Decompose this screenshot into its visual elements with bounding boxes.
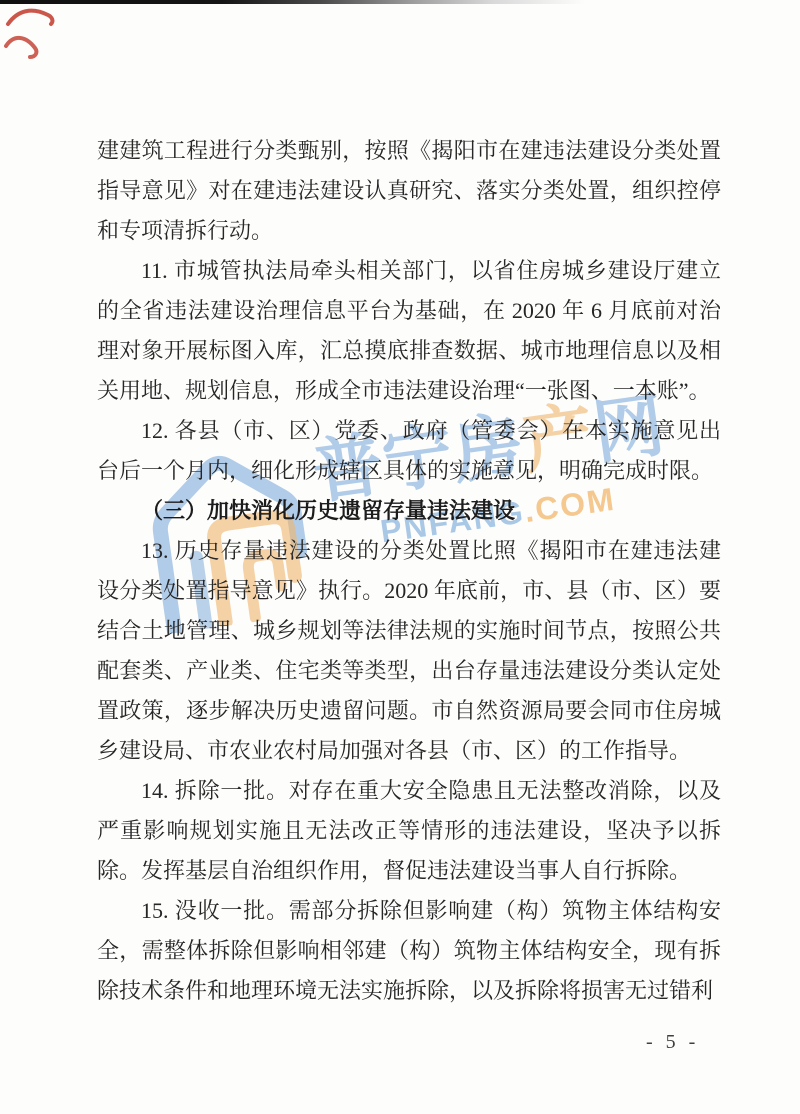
document-body: 建建筑工程进行分类甄别，按照《揭阳市在建违法建设分类处置指导意见》对在建违法建设… [97,131,721,1011]
paragraph-continuation: 建建筑工程进行分类甄别，按照《揭阳市在建违法建设分类处置指导意见》对在建违法建设… [97,131,721,251]
paragraph-item-14: 14. 拆除一批。对存在重大安全隐患且无法整改消除，以及严重影响规划实施且无法改… [97,771,721,891]
paragraph-item-12: 12. 各县（市、区）党委、政府（管委会）在本实施意见出台后一个月内，细化形成辖… [97,411,721,491]
page-number: - 5 - [646,1031,699,1054]
paragraph-item-13: 13. 历史存量违法建设的分类处置比照《揭阳市在建违法建设分类处置指导意见》执行… [97,531,721,771]
paragraph-item-11: 11. 市城管执法局牵头相关部门，以省住房城乡建设厅建立的全省违法建设治理信息平… [97,251,721,411]
paragraph-item-15: 15. 没收一批。需部分拆除但影响建（构）筑物主体结构安全，需整体拆除但影响相邻… [97,891,721,1011]
section-heading: （三）加快消化历史遗留存量违法建设 [97,491,721,531]
document-page: 普宁房产网 PNFANG.COM 建建筑工程进行分类甄别，按照《揭阳市在建违法建… [0,0,800,1114]
red-pen-marks [2,2,66,66]
scan-artifact-top-edge [0,0,585,4]
